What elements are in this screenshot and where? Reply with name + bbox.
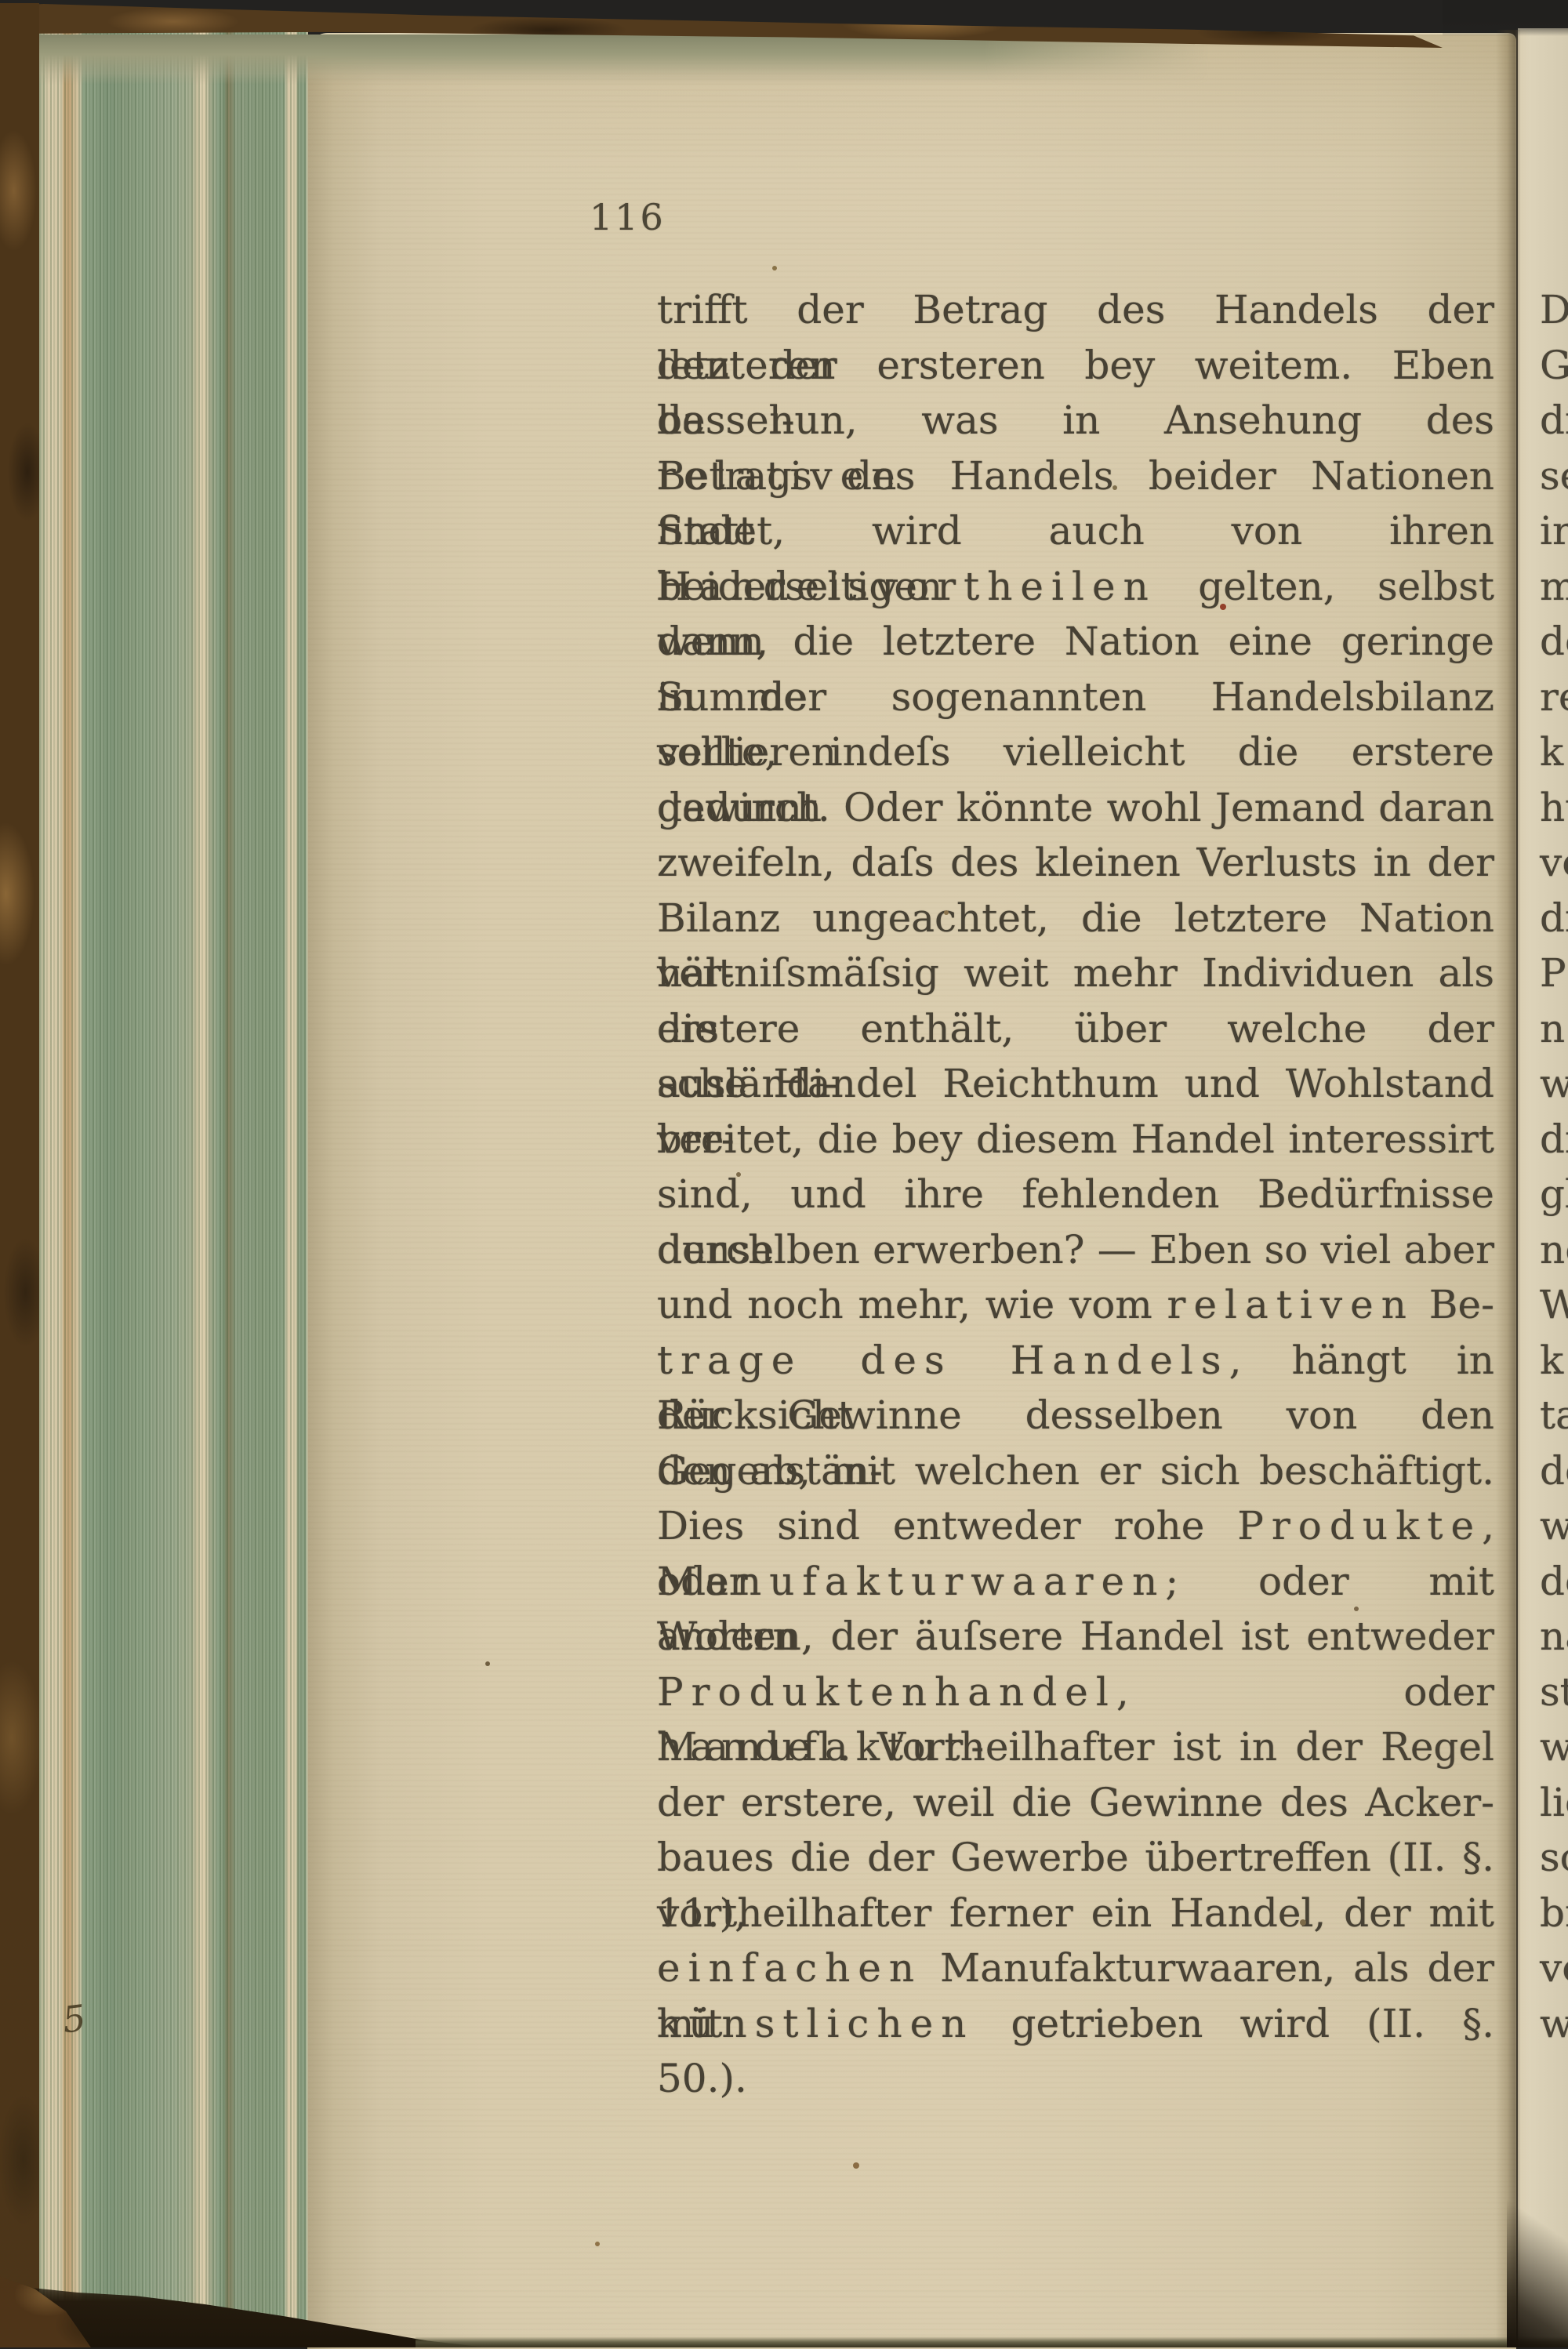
text-line: der erstere, weil die Gewinne des Acker- — [657, 1775, 1494, 1831]
text-segment: Be- — [1414, 1282, 1494, 1327]
page-number: 116 — [590, 196, 666, 238]
next-page-text-fragment: G — [1540, 338, 1568, 394]
text-line: Bilanz ungeachtet, die letztere Nation v… — [657, 891, 1494, 946]
text-segment: , oder — [1116, 1669, 1494, 1715]
text-line: Produktenhandel, oder Manufaktur- — [657, 1665, 1494, 1720]
next-page-text-fragment: k — [1540, 724, 1568, 780]
next-page-text-fragment: n — [1540, 1001, 1568, 1057]
text-segment: der erstere, weil die Gewinne des Acker- — [657, 1780, 1494, 1825]
text-segment: breitet, die bey diesem Handel interessi… — [657, 1116, 1494, 1162]
text-line: Manufakturwaaren; oder mit andern — [657, 1554, 1494, 1610]
text-line: hältniſsmäſsig weit mehr Individuen als … — [657, 946, 1494, 1001]
text-segment: den ab, mit welchen er sich beschäftigt. — [657, 1448, 1494, 1494]
text-line: findet, wird auch von ihren beiderseitig… — [657, 503, 1494, 559]
text-line: der Gewinne desselben von den Gegenstän- — [657, 1388, 1494, 1443]
text-line: be nun, was in Ansehung des relativen — [657, 393, 1494, 448]
text-segment: denselben erwerben? — Eben so viel aber — [657, 1227, 1494, 1273]
text-line: vortheilhafter ferner ein Handel, der mi… — [657, 1886, 1494, 1941]
next-page-text-fragment: W — [1540, 1277, 1568, 1333]
next-page-text-fragment: de — [1540, 1443, 1568, 1499]
text-line: sind, und ihre fehlenden Bedürfnisse dur… — [657, 1167, 1494, 1222]
next-page-text-fragment: ne — [1540, 1222, 1568, 1278]
text-line: breitet, die bey diesem Handel interessi… — [657, 1112, 1494, 1167]
text-line: Dies sind entweder rohe Produkte, oder — [657, 1498, 1494, 1554]
top-right-background-shadow — [1443, 0, 1568, 36]
letterspaced-word: einfachen — [657, 1945, 922, 1991]
next-page-text-fragment: vo — [1540, 835, 1568, 891]
next-page-text-fragment: re — [1540, 670, 1568, 725]
text-line: Handelsvortheilen gelten, selbst dann, — [657, 559, 1494, 615]
next-page-text-fragment: gl — [1540, 1167, 1568, 1222]
text-line: in der sogenannten Handelsbilanz verlier… — [657, 670, 1494, 725]
next-page-text-fragment: de — [1540, 614, 1568, 670]
text-line: den ab, mit welchen er sich beschäftigt. — [657, 1443, 1494, 1499]
next-page-text-fragment: br — [1540, 1886, 1568, 1941]
next-page-text-fragment: we — [1540, 1996, 1568, 2052]
text-line: baues die der Gewerbe übertreffen (II. §… — [657, 1830, 1494, 1886]
text-segment: zweifeln, daſs des kleinen Verlusts in d… — [657, 840, 1494, 885]
text-line: wenn die letztere Nation eine geringe Su… — [657, 614, 1494, 670]
text-line: handel. Vortheilhafter ist in der Regel — [657, 1719, 1494, 1775]
text-segment: gewinnt. Oder könnte wohl Jemand daran — [657, 785, 1494, 830]
text-line: trage des Handels, hängt in Rücksicht — [657, 1333, 1494, 1389]
letterspaced-word: handel. — [657, 1724, 859, 1770]
text-line: Worten, der äuſsere Handel ist entweder — [657, 1609, 1494, 1665]
next-page-text-fragment: lic — [1540, 1775, 1568, 1831]
text-line: sche Handel Reichthum und Wohlstand ver- — [657, 1056, 1494, 1112]
next-page-text-fragment: hu — [1540, 780, 1568, 836]
text-segment: vortheilhafter ferner ein Handel, der mi… — [657, 1890, 1494, 1936]
text-line: einfachen Manufakturwaaren, als der mit — [657, 1941, 1494, 1996]
next-page-text-fragment: m — [1540, 559, 1568, 615]
next-page-text-fragments: DGdiseirmderekhuvodiPnwdiglneWktadewdenä… — [1540, 282, 1568, 2051]
letterspaced-word: künstlichen — [657, 2001, 974, 2046]
next-page-text-fragment: w — [1540, 1498, 1568, 1554]
next-page-text-fragment: vo — [1540, 1941, 1568, 1996]
book-top-edge-stain — [38, 34, 1221, 85]
text-segment: be nun, was in Ansehung des — [657, 398, 1494, 443]
letterspaced-word: trage des Handels — [657, 1338, 1229, 1383]
next-page-text-fragment: P — [1540, 946, 1568, 1001]
next-page-text-fragment: w — [1540, 1056, 1568, 1112]
text-line: den der ersteren bey weitem. Eben dassel… — [657, 338, 1494, 394]
text-segment: Vortheilhafter ist in der Regel — [859, 1724, 1494, 1770]
next-page-text-fragment: de — [1540, 1554, 1568, 1610]
next-page-text-fragment: D — [1540, 282, 1568, 338]
text-segment: und noch mehr, wie vom — [657, 1282, 1167, 1327]
text-line: und noch mehr, wie vom relativen Be- — [657, 1277, 1494, 1333]
text-line: erstere enthält, über welche der ausländ… — [657, 1001, 1494, 1057]
text-line: denselben erwerben? — Eben so viel aber — [657, 1222, 1494, 1278]
next-page-text-fragment: sc — [1540, 1830, 1568, 1886]
letterspaced-word: Produktenhandel — [657, 1669, 1116, 1715]
next-page-text-fragment: k — [1540, 1333, 1568, 1389]
text-line: künstlichen getrieben wird (II. §. 50.). — [657, 1996, 1494, 2052]
next-page-text-fragment: di — [1540, 393, 1568, 448]
next-page-text-fragment: se — [1540, 448, 1568, 504]
letterspaced-word: relativen — [1167, 1282, 1414, 1327]
page-bottom-edge — [416, 2336, 1568, 2347]
text-line: sollte, indeſs vielleicht die erstere da… — [657, 724, 1494, 780]
letterspaced-word: Produkte — [1237, 1503, 1482, 1548]
next-page-text-fragment: ir — [1540, 503, 1568, 559]
next-page-text-fragment: stä — [1540, 1665, 1568, 1720]
text-segment: Worten, der äuſsere Handel ist entweder — [657, 1614, 1494, 1659]
next-page-text-fragment: ta — [1540, 1388, 1568, 1443]
text-segment: Dies sind entweder rohe — [657, 1503, 1237, 1548]
text-line: trifft der Betrag des Handels der letzte… — [657, 282, 1494, 338]
next-page-text-fragment: w — [1540, 1719, 1568, 1775]
book-scan: 116 trifft der Betrag des Handels der le… — [0, 0, 1568, 2347]
next-page-text-fragment: di — [1540, 891, 1568, 946]
next-page-text-fragment: di — [1540, 1112, 1568, 1167]
book-cover-edge-left — [0, 3, 39, 2347]
letterspaced-word: Handelsvortheilen — [657, 564, 1156, 609]
text-line: Betrags des Handels beider Nationen Stat… — [657, 448, 1494, 504]
next-page-text-fragment: nä — [1540, 1609, 1568, 1665]
text-line: zweifeln, daſs des kleinen Verlusts in d… — [657, 835, 1494, 891]
bottom-right-shadow — [1507, 2164, 1568, 2347]
paper-specks — [0, 0, 3, 3]
text-block: trifft der Betrag des Handels der letzte… — [657, 282, 1494, 2051]
text-line: gewinnt. Oder könnte wohl Jemand daran — [657, 780, 1494, 836]
letterspaced-word: Manufakturwaaren — [657, 1559, 1165, 1604]
gutter-crease — [1496, 30, 1530, 2347]
